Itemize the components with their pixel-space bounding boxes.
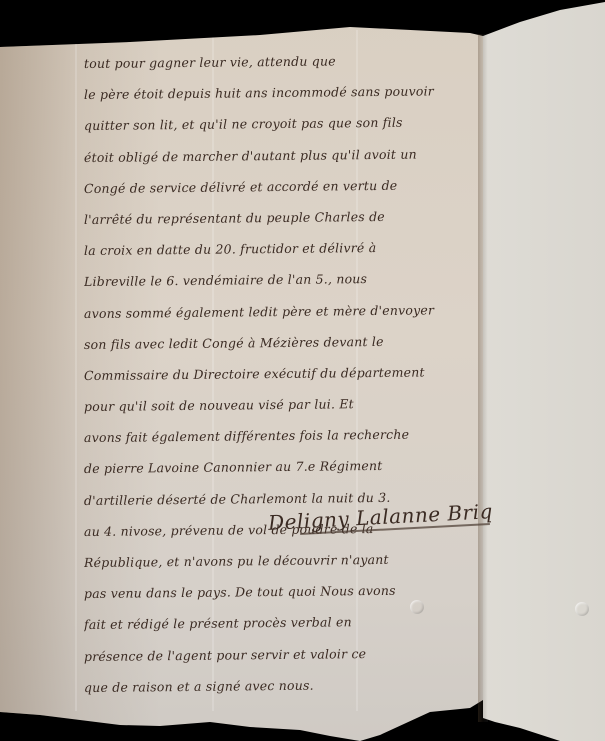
handwritten-line: avons sommé également ledit père et mère…	[84, 293, 476, 328]
book-spine-gutter	[478, 34, 488, 722]
handwritten-line: étoit obligé de marcher d'autant plus qu…	[84, 138, 476, 173]
handwritten-line: quitter son lit, et qu'il ne croyoit pas…	[84, 106, 476, 141]
handwritten-line: l'arrêté du représentant du peuple Charl…	[84, 200, 476, 235]
handwritten-line: de pierre Lavoine Canonnier au 7.e Régim…	[84, 449, 476, 484]
handwritten-line: la croix en datte du 20. fructidor et dé…	[84, 231, 476, 266]
paper-fold-line	[75, 30, 77, 711]
manuscript-photo: tout pour gagner leur vie, attendu que l…	[0, 0, 605, 741]
handwritten-line: son fils avec ledit Congé à Mézières dev…	[84, 325, 476, 360]
handwritten-line: présence de l'agent pour servir et valoi…	[84, 637, 476, 672]
handwritten-line: tout pour gagner leur vie, attendu que	[84, 44, 476, 79]
handwritten-line: République, et n'avons pu le découvrir n…	[84, 543, 476, 578]
handwritten-line: le père étoit depuis huit ans incommodé …	[84, 75, 476, 110]
handwritten-line: que de raison et a signé avec nous.	[84, 668, 476, 703]
handwritten-line: Libreville le 6. vendémiaire de l'an 5.,…	[84, 262, 476, 297]
handwritten-line: avons fait également différentes fois la…	[84, 418, 476, 453]
paper-emboss-mark	[410, 600, 424, 614]
handwritten-line: Congé de service délivré et accordé en v…	[84, 169, 476, 204]
handwritten-line: Commissaire du Directoire exécutif du dé…	[84, 356, 476, 391]
paper-emboss-mark	[575, 602, 589, 616]
handwritten-line: pour qu'il soit de nouveau visé par lui.…	[84, 387, 476, 422]
